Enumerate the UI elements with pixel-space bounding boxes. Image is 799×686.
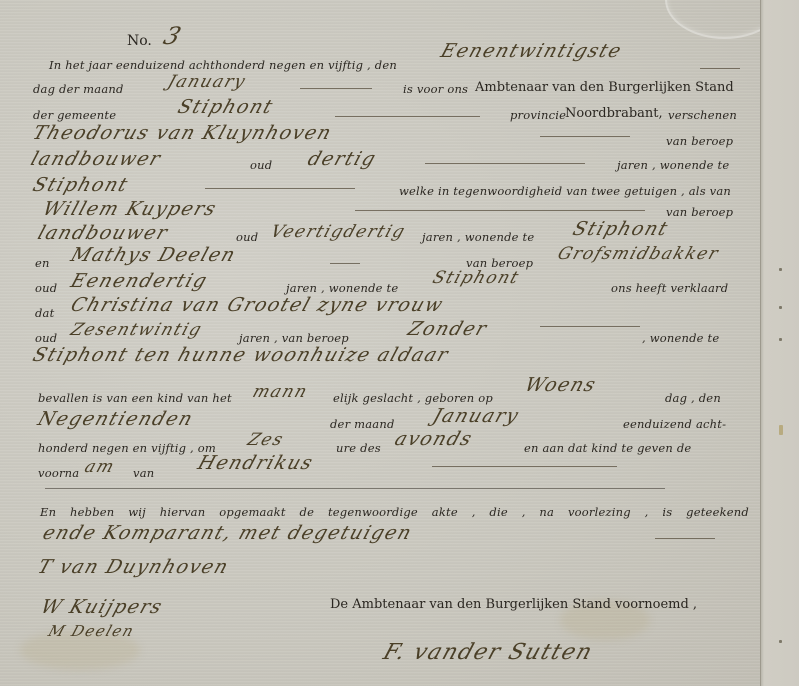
handwritten-declarant-name: Theodorus van Kluynhoven <box>30 122 335 144</box>
printed-text: oud <box>35 331 57 345</box>
printed-text: Ambtenaar van den Burgerlijken Stand <box>475 80 734 95</box>
printed-text: jaren , wonende te <box>286 281 398 295</box>
printed-text: en aan dat kind te geven de <box>524 441 691 455</box>
binding-stitch <box>779 306 782 309</box>
printed-text: eenduizend acht- <box>623 417 726 431</box>
handwritten-residence: Stiphont <box>30 174 132 196</box>
printed-text: Noordbrabant, <box>565 106 663 121</box>
printed-text: van beroep <box>666 205 733 219</box>
printed-text: der maand <box>330 417 395 431</box>
signature-official: F. vander Sutten <box>380 640 596 665</box>
printed-text: dag der maand <box>33 82 124 96</box>
printed-text: dat <box>35 306 54 320</box>
printed-text: ure des <box>336 441 381 455</box>
handwritten-text: am <box>82 457 118 477</box>
handwritten-time-of-day: avonds <box>392 428 476 450</box>
handwritten-residence: Stiphont <box>570 218 672 240</box>
handwritten-mother-name: Christina van Grootel zyne vrouw <box>68 294 447 316</box>
handwritten-witness-2: Mathys Deelen <box>68 244 239 266</box>
page-binding-margin <box>760 0 799 686</box>
handwritten-occupation: landbouwer <box>35 222 171 244</box>
printed-closing-text: En hebben wij hiervan opgemaakt de tegen… <box>40 505 799 519</box>
printed-text: bevallen is van een kind van het <box>38 391 232 405</box>
printed-text: ons heeft verklaard <box>611 281 728 295</box>
printed-text: , wonende te <box>642 331 719 345</box>
printed-text: elijk geslacht , geboren op <box>333 391 493 405</box>
printed-text: provincie <box>510 108 566 122</box>
printed-text: honderd negen en vijftig , om <box>38 441 216 455</box>
handwritten-witness-1: Willem Kuypers <box>40 198 220 220</box>
binding-stitch <box>779 640 782 643</box>
handwritten-occupation: Zonder <box>405 318 491 340</box>
handwritten-sex: mann <box>250 382 311 402</box>
printed-text: oud <box>250 158 272 172</box>
printed-text: verschenen <box>668 108 737 122</box>
handwritten-child-name: Hendrikus <box>195 452 317 474</box>
handwritten-hour: Zes <box>245 430 287 450</box>
handwritten-birthplace: Stiphont ten hunne woonhuize aldaar <box>30 344 452 366</box>
printed-text: van <box>133 466 154 480</box>
printed-text: voorna <box>38 466 79 480</box>
printed-text: der gemeente <box>33 108 116 122</box>
handwritten-birth-day: Negentienden <box>35 408 197 430</box>
handwritten-age: Eenendertig <box>68 270 211 292</box>
entry-number-value: 3 <box>160 22 186 50</box>
register-page: No. 3 In het jaar eenduizend achthonderd… <box>0 0 760 686</box>
handwritten-day: Eenentwintigste <box>438 40 625 62</box>
handwritten-age: dertig <box>305 148 380 170</box>
printed-text: oud <box>35 281 57 295</box>
signature-witness-1: W Kuijpers <box>38 596 166 618</box>
handwritten-occupation: landbouwer <box>28 148 164 170</box>
handwritten-closing-text: ende Komparant, met degetuigen <box>40 522 415 544</box>
binding-stitch <box>779 268 782 271</box>
entry-number-label: No. <box>127 33 152 49</box>
handwritten-municipality: Stiphont <box>175 96 277 118</box>
handwritten-occupation: Grofsmidbakker <box>555 244 722 264</box>
signature-declarant: T van Duynhoven <box>35 556 232 578</box>
printed-text: jaren , van beroep <box>239 331 349 345</box>
handwritten-weekday: Woens <box>522 374 600 396</box>
binding-stitch <box>779 425 783 435</box>
handwritten-age: Veertigdertig <box>268 222 408 242</box>
signature-witness-2: M Deelen <box>46 622 137 640</box>
handwritten-month: January <box>165 72 249 92</box>
printed-text: welke in tegenwoordigheid van twee getui… <box>399 184 731 198</box>
printed-text: In het jaar eenduizend achthonderd negen… <box>49 58 397 72</box>
handwritten-age: Zesentwintig <box>68 320 205 340</box>
official-caption: De Ambtenaar van den Burgerlijken Stand … <box>330 597 697 612</box>
printed-text: dag , den <box>665 391 721 405</box>
printed-text: en <box>35 256 50 270</box>
printed-text: is voor ons <box>403 82 468 96</box>
handwritten-residence: Stiphont <box>430 268 522 288</box>
printed-text: jaren , wonende te <box>422 230 534 244</box>
binding-stitch <box>779 338 782 341</box>
printed-text: oud <box>236 230 258 244</box>
printed-text: jaren , wonende te <box>617 158 729 172</box>
printed-text: van beroep <box>666 134 733 148</box>
handwritten-birth-month: January <box>430 405 522 427</box>
